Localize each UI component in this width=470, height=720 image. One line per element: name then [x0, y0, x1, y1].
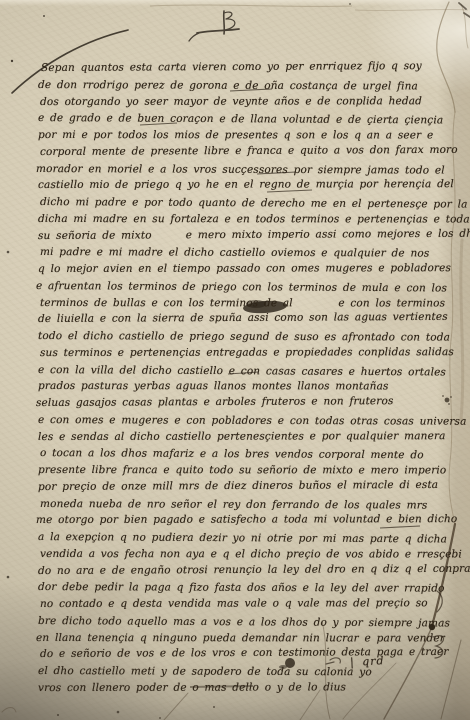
manuscript-text: Sepan quantos esta carta vieren como yo …	[38, 60, 463, 697]
manuscript-line: castiello mio de priego q yo he en el re…	[38, 176, 463, 194]
manuscript-line: dos otorgando yo seer mayor de veynte añ…	[40, 93, 463, 111]
manuscript-line: do no ara e de engaño otrosi renunçio la…	[38, 560, 463, 579]
top-edge-crease	[150, 5, 468, 11]
manuscript-line: su señoria de mixto e mero mixto imperio…	[38, 225, 463, 244]
manuscript-line: de liuiella e con la sierra de spuña ass…	[38, 309, 463, 328]
manuscript-line: vros con llenero poder de o mas dello o …	[38, 679, 463, 697]
manuscript-line: por preçio de onze mill mrs de diez dine…	[38, 477, 463, 496]
manuscript-line: sus terminos e pertenençias entregadas e…	[40, 344, 463, 362]
manuscript-line: corporal mente de presente libre e franc…	[40, 142, 463, 161]
notarial-mark: | qrd	[350, 654, 385, 669]
manuscript-line: do e señorio de vos e de los vros e con …	[40, 644, 463, 663]
manuscript-line: les e sendas al dicho castiello pertenes…	[38, 428, 463, 446]
manuscript-line: seluas gasajos casas plantas e arboles f…	[36, 393, 463, 412]
manuscript-line: q lo mejor avien en el tiempo passado co…	[38, 260, 463, 278]
manuscript-page: Sepan quantos esta carta vieren como yo …	[0, 0, 470, 720]
invocation-mark	[189, 11, 239, 41]
manuscript-line: Sepan quantos esta carta vieren como yo …	[41, 58, 463, 77]
manuscript-line: no contado e q desta vendida mas vale o …	[40, 595, 463, 613]
manuscript-line: me otorgo por bien pagado e satisfecho a…	[36, 511, 463, 529]
